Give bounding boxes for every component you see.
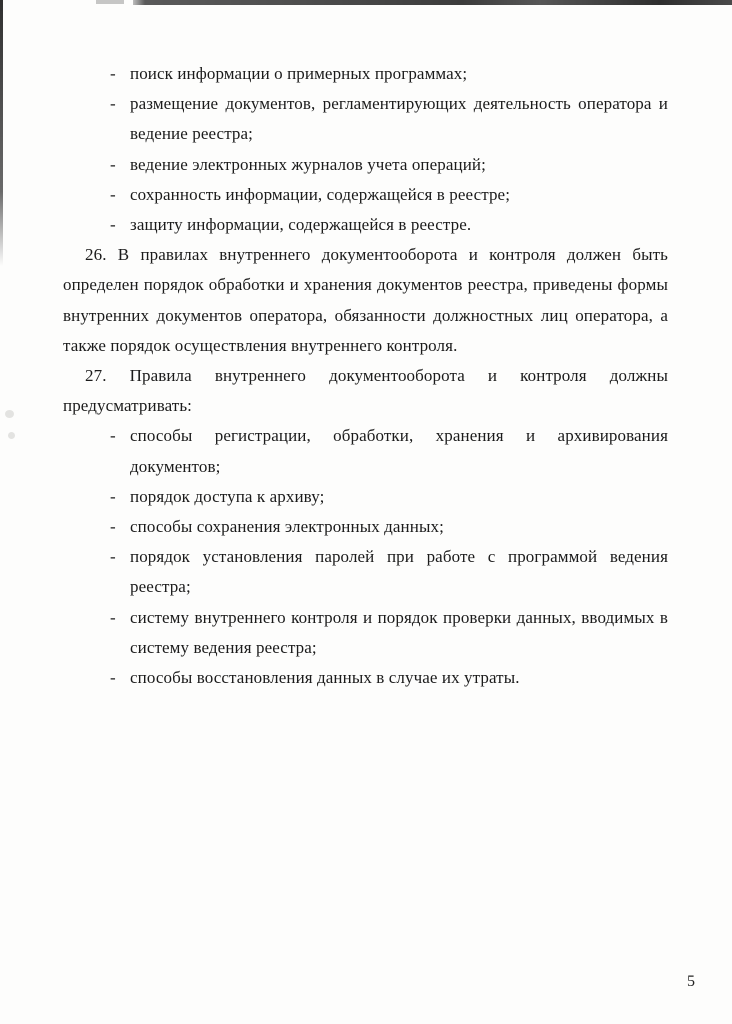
list-item: - систему внутреннего контроля и порядок…	[63, 603, 668, 663]
bullet-dash: -	[110, 59, 116, 89]
bullet-dash: -	[110, 663, 116, 693]
list-item-text: защиту информации, содержащейся в реестр…	[130, 215, 471, 234]
list-item: - порядок установления паролей при работ…	[63, 542, 668, 602]
document-body: - поиск информации о примерных программа…	[63, 59, 668, 693]
list-item-text: ведение электронных журналов учета опера…	[130, 155, 486, 174]
bullet-dash: -	[110, 180, 116, 210]
list-item: - способы сохранения электронных данных;	[63, 512, 668, 542]
list-item: - поиск информации о примерных программа…	[63, 59, 668, 89]
list-item: - сохранность информации, содержащейся в…	[63, 180, 668, 210]
document-page: - поиск информации о примерных программа…	[0, 0, 732, 1024]
list-item: - размещение документов, регламентирующи…	[63, 89, 668, 149]
bullet-dash: -	[110, 603, 116, 633]
list-item-text: поиск информации о примерных программах;	[130, 64, 467, 83]
bullet-dash: -	[110, 89, 116, 119]
paragraph-26: 26. В правилах внутреннего документообор…	[63, 240, 668, 361]
bullet-dash: -	[110, 542, 116, 572]
list-item: - защиту информации, содержащейся в реес…	[63, 210, 668, 240]
list-item: - порядок доступа к архиву;	[63, 482, 668, 512]
bullet-dash: -	[110, 421, 116, 451]
bullet-dash: -	[110, 482, 116, 512]
bullet-dash: -	[110, 512, 116, 542]
list-item-text: размещение документов, регламентирующих …	[130, 94, 668, 143]
list-item: - ведение электронных журналов учета опе…	[63, 150, 668, 180]
list-item: - способы регистрации, обработки, хранен…	[63, 421, 668, 481]
list-item-text: способы восстановления данных в случае и…	[130, 668, 520, 687]
scan-speck	[5, 410, 14, 418]
paragraph-27: 27. Правила внутреннего документооборота…	[63, 361, 668, 421]
list-item-text: сохранность информации, содержащейся в р…	[130, 185, 510, 204]
scan-artifact-top-edge	[133, 0, 732, 5]
scan-speck	[8, 432, 15, 439]
page-number: 5	[687, 973, 695, 991]
bullet-dash: -	[110, 150, 116, 180]
scan-artifact-top-mark	[96, 0, 124, 4]
list-item-text: систему внутреннего контроля и порядок п…	[130, 608, 668, 657]
bullet-dash: -	[110, 210, 116, 240]
scan-artifact-left-edge	[0, 0, 3, 266]
list-item-text: порядок доступа к архиву;	[130, 487, 324, 506]
list-item-text: способы регистрации, обработки, хранения…	[130, 426, 668, 475]
list-item-text: порядок установления паролей при работе …	[130, 547, 668, 596]
list-item: - способы восстановления данных в случае…	[63, 663, 668, 693]
list-item-text: способы сохранения электронных данных;	[130, 517, 444, 536]
